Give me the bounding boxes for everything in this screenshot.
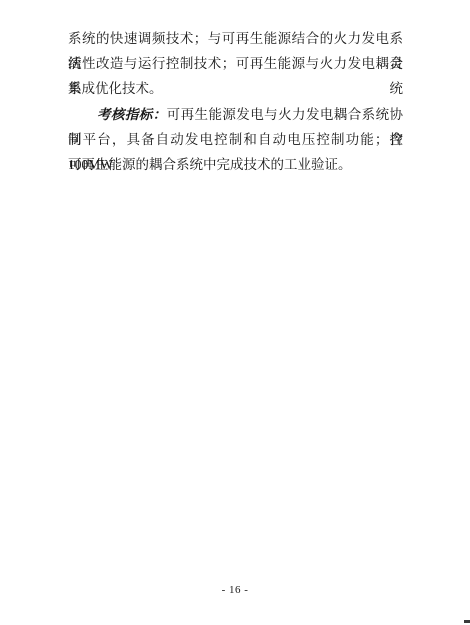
document-page: 系统的快速调频技术；与可再生能源结合的火力发电系统灵 活性改造与运行控制技术；可… <box>0 0 470 625</box>
paragraph2-line-3: 可再生能源的耦合系统中完成技术的工业验证。 <box>68 152 403 177</box>
scan-artifact <box>464 620 470 623</box>
body-text: 系统的快速调频技术；与可再生能源结合的火力发电系统灵 活性改造与运行控制技术；可… <box>68 26 403 177</box>
paragraph1-line-1: 系统的快速调频技术；与可再生能源结合的火力发电系统灵 <box>68 26 403 51</box>
assessment-indicator-label: 考核指标： <box>97 107 167 122</box>
paragraph1-line-2: 活性改造与运行控制技术；可再生能源与火力发电耦合系统 <box>68 51 403 76</box>
page-number: - 16 - <box>0 584 470 596</box>
paragraph2-line-2: 制平台，具备自动发电控制和自动电压控制功能；含 100MW <box>68 127 403 152</box>
paragraph2-line-1: 考核指标：可再生能源发电与火力发电耦合系统协同控 <box>68 102 403 127</box>
